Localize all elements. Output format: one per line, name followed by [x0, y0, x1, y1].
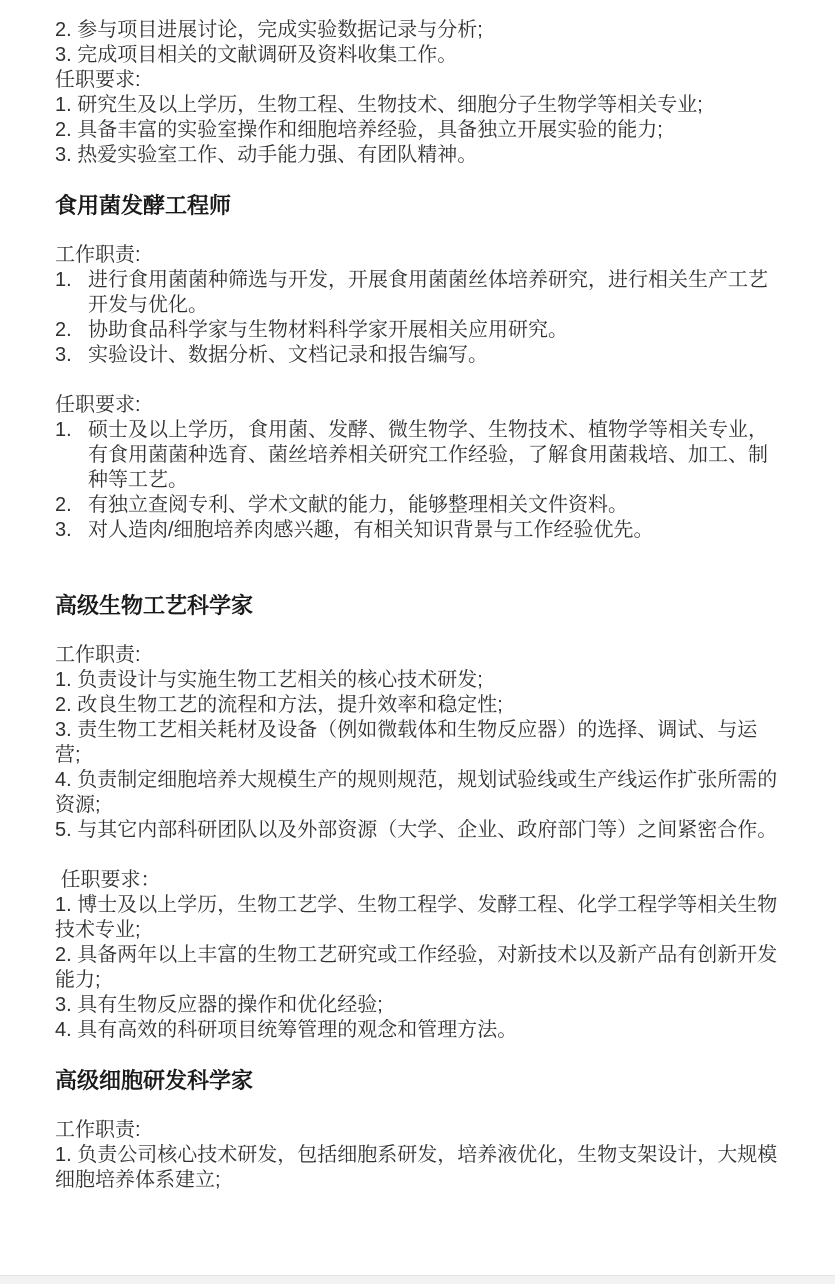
list-item-text: 协助食品科学家与生物材料科学家开展相关应用研究。	[88, 318, 782, 343]
job-title: 食用菌发酵工程师	[55, 193, 782, 218]
list-item: 3.对人造肉/细胞培养肉感兴趣，有相关知识背景与工作经验优先。	[55, 518, 782, 543]
paragraph: 2. 具备两年以上丰富的生物工艺研究或工作经验，对新技术以及新产品有创新开发能力…	[55, 943, 782, 993]
list-item-number: 2.	[55, 493, 88, 518]
list-item-text: 有独立查阅专利、学术文献的能力，能够整理相关文件资料。	[88, 493, 782, 518]
job-title: 高级生物工艺科学家	[55, 593, 782, 618]
list-item-text: 对人造肉/细胞培养肉感兴趣，有相关知识背景与工作经验优先。	[88, 518, 782, 543]
list-item: 1.进行食用菌菌种筛选与开发，开展食用菌菌丝体培养研究，进行相关生产工艺开发与优…	[55, 268, 782, 318]
list-item-number: 1.	[55, 418, 88, 493]
blank-line	[55, 618, 782, 643]
blank-line	[55, 1043, 782, 1068]
paragraph: 工作职责:	[55, 1118, 782, 1143]
paragraph: 3. 完成项目相关的文献调研及资料收集工作。	[55, 43, 782, 68]
window-bottom-edge	[0, 1275, 835, 1284]
blank-line	[55, 1093, 782, 1118]
blank-line	[55, 843, 782, 868]
list-item: 3.实验设计、数据分析、文档记录和报告编写。	[55, 343, 782, 368]
blank-line	[55, 168, 782, 193]
paragraph: 4. 具有高效的科研项目统筹管理的观念和管理方法。	[55, 1018, 782, 1043]
list-item: 2.协助食品科学家与生物材料科学家开展相关应用研究。	[55, 318, 782, 343]
list-item-text: 实验设计、数据分析、文档记录和报告编写。	[88, 343, 782, 368]
paragraph: 1. 研究生及以上学历，生物工程、生物技术、细胞分子生物学等相关专业;	[55, 93, 782, 118]
blank-line	[55, 543, 782, 568]
paragraph: 1. 博士及以上学历，生物工艺学、生物工程学、发酵工程、化学工程学等相关生物技术…	[55, 893, 782, 943]
blank-line	[55, 568, 782, 593]
document-content: 2. 参与项目进展讨论，完成实验数据记录与分析;3. 完成项目相关的文献调研及资…	[0, 0, 835, 1193]
paragraph: 5. 与其它内部科研团队以及外部资源（大学、企业、政府部门等）之间紧密合作。	[55, 818, 782, 843]
paragraph: 工作职责:	[55, 643, 782, 668]
paragraph: 3. 热爱实验室工作、动手能力强、有团队精神。	[55, 143, 782, 168]
list-item-number: 1.	[55, 268, 88, 318]
paragraph: 3. 具有生物反应器的操作和优化经验;	[55, 993, 782, 1018]
list-item: 2.有独立查阅专利、学术文献的能力，能够整理相关文件资料。	[55, 493, 782, 518]
list-item-text: 硕士及以上学历，食用菌、发酵、微生物学、生物技术、植物学等相关专业，有食用菌菌种…	[88, 418, 782, 493]
paragraph: 任职要求：	[55, 868, 782, 893]
blank-line	[55, 368, 782, 393]
list-item-number: 3.	[55, 343, 88, 368]
paragraph: 4. 负责制定细胞培养大规模生产的规则规范，规划试验线或生产线运作扩张所需的资源…	[55, 768, 782, 818]
paragraph: 1. 负责设计与实施生物工艺相关的核心技术研发;	[55, 668, 782, 693]
paragraph: 2. 改良生物工艺的流程和方法，提升效率和稳定性;	[55, 693, 782, 718]
document-page: 2. 参与项目进展讨论，完成实验数据记录与分析;3. 完成项目相关的文献调研及资…	[0, 0, 835, 1284]
paragraph: 3. 责生物工艺相关耗材及设备（例如微载体和生物反应器）的选择、调试、与运营;	[55, 718, 782, 768]
list-item-number: 3.	[55, 518, 88, 543]
paragraph: 1. 负责公司核心技术研发，包括细胞系研发，培养液优化，生物支架设计，大规模细胞…	[55, 1143, 782, 1193]
paragraph: 2. 参与项目进展讨论，完成实验数据记录与分析;	[55, 18, 782, 43]
paragraph: 任职要求:	[55, 68, 782, 93]
list-item-number: 2.	[55, 318, 88, 343]
blank-line	[55, 218, 782, 243]
list-item: 1.硕士及以上学历，食用菌、发酵、微生物学、生物技术、植物学等相关专业，有食用菌…	[55, 418, 782, 493]
list-item-text: 进行食用菌菌种筛选与开发，开展食用菌菌丝体培养研究，进行相关生产工艺开发与优化。	[88, 268, 782, 318]
paragraph: 工作职责:	[55, 243, 782, 268]
paragraph: 任职要求:	[55, 393, 782, 418]
job-title: 高级细胞研发科学家	[55, 1068, 782, 1093]
paragraph: 2. 具备丰富的实验室操作和细胞培养经验，具备独立开展实验的能力;	[55, 118, 782, 143]
